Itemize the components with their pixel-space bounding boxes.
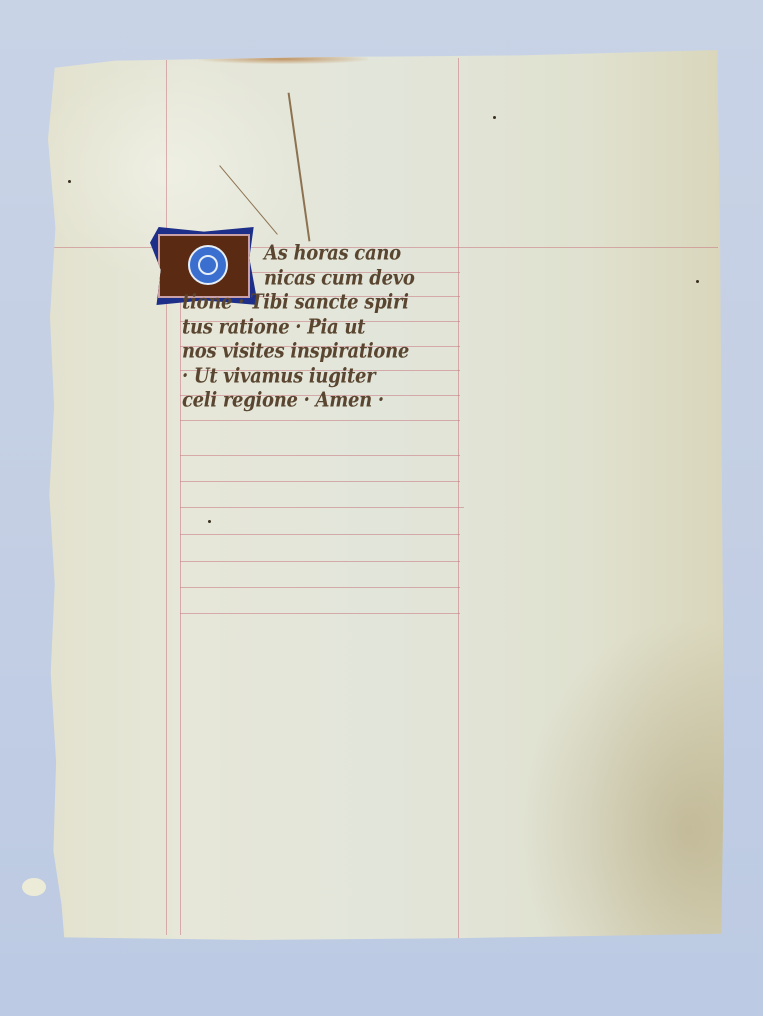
ruling-line <box>180 455 460 456</box>
ruling-line <box>180 561 460 562</box>
speck <box>696 280 699 283</box>
ruling-line <box>180 481 460 482</box>
ascender-flourish <box>219 165 278 235</box>
manuscript-leaf: As horas cano nicas cum devo tione · Tib… <box>48 50 724 940</box>
speck <box>493 116 496 119</box>
text-line: celi regione · Amen · <box>182 387 472 415</box>
text-line: As horas cano <box>182 240 472 268</box>
ruling-line <box>180 613 460 614</box>
ruling-right <box>458 58 459 938</box>
ascender-flourish <box>288 93 311 242</box>
ruling-line <box>180 534 460 535</box>
speck <box>68 180 71 183</box>
ruling-left-inner <box>180 230 181 935</box>
ruling-line <box>180 420 460 421</box>
text-line: tione · Tibi sancte spiri <box>182 289 472 317</box>
ruling-line <box>180 587 460 588</box>
ruling-left-outer <box>166 60 167 935</box>
water-stain <box>198 54 368 64</box>
frayed-parchment-fragment <box>22 878 46 896</box>
speck <box>208 520 211 523</box>
ruling-line <box>180 507 464 508</box>
text-block: As horas cano nicas cum devo tione · Tib… <box>182 242 472 414</box>
text-line: nos visites inspiratione <box>182 338 472 366</box>
